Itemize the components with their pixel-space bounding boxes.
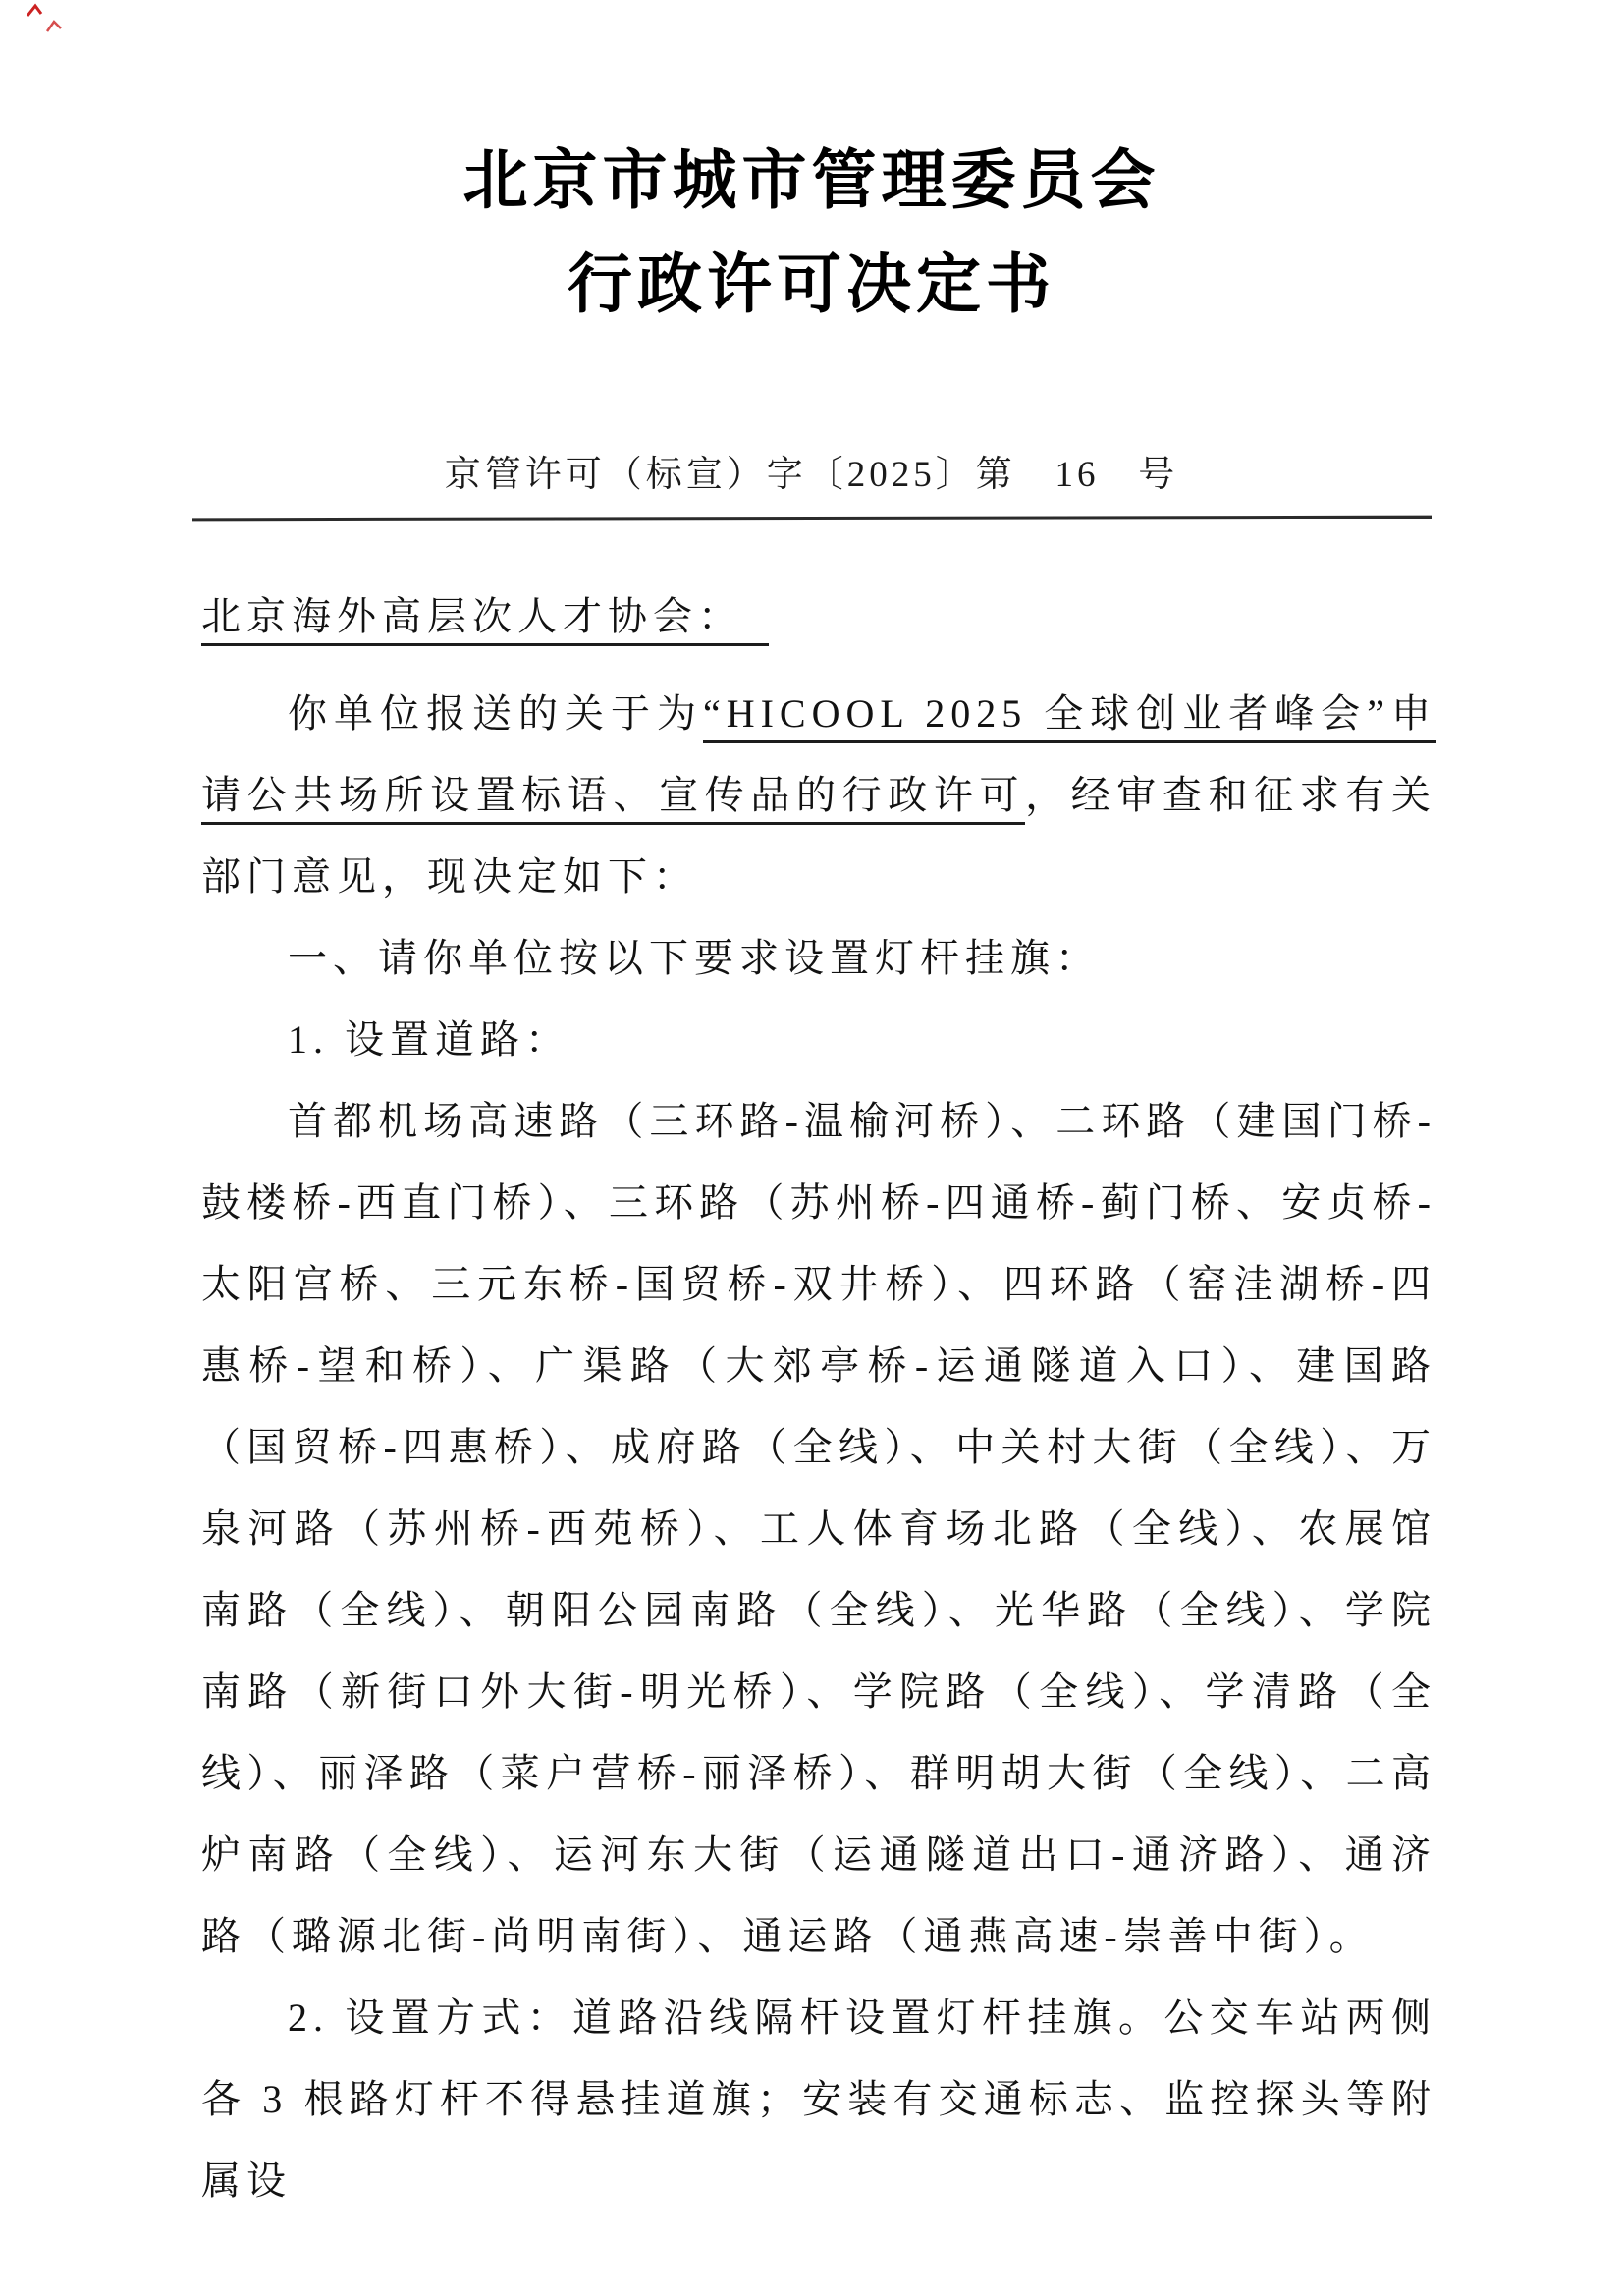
document-page: 北京市城市管理委员会 行政许可决定书 京管许可（标宣）字〔2025〕第 16 号… — [0, 0, 1623, 2296]
scan-artifact-mark — [22, 2, 90, 41]
addressee: 北京海外高层次人才协会： — [201, 594, 769, 646]
document-title-line2: 行政许可决定书 — [0, 253, 1623, 318]
roads-list-paragraph: 首都机场高速路（三环路-温榆河桥）、二环路（建国门桥-鼓楼桥-西直门桥）、三环路… — [201, 1080, 1436, 1977]
intro-lead: 你单位报送的关于为 — [288, 691, 703, 736]
section1-heading: 一、请你单位按以下要求设置灯杆挂旗： — [201, 917, 1436, 999]
item2-paragraph: 2. 设置方式：道路沿线隔杆设置灯杆挂旗。公交车站两侧各 3 根路灯杆不得悬挂道… — [201, 1977, 1436, 2221]
title-divider-line — [192, 516, 1432, 522]
item1-label: 1. 设置道路： — [201, 999, 1436, 1080]
intro-paragraph: 你单位报送的关于为“HICOOL 2025 全球创业者峰会”申请公共场所设置标语… — [201, 673, 1436, 917]
document-body: 北京海外高层次人才协会： 你单位报送的关于为“HICOOL 2025 全球创业者… — [201, 575, 1436, 2221]
document-number: 京管许可（标宣）字〔2025〕第 16 号 — [0, 444, 1623, 497]
document-title-line1: 北京市城市管理委员会 — [0, 149, 1623, 214]
addressee-line: 北京海外高层次人才协会： — [201, 575, 1436, 657]
